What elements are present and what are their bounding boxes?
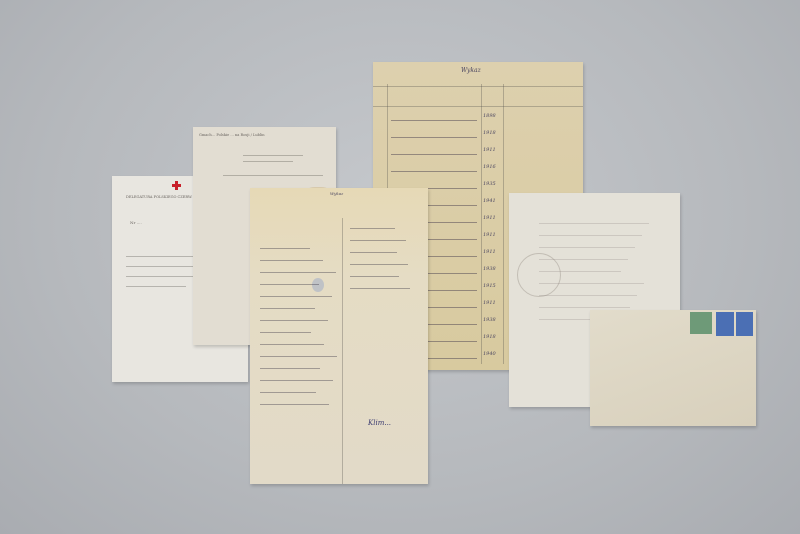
ledger-year: 1941 [483, 199, 496, 204]
ledger-year: 1911 [483, 148, 496, 153]
envelope [590, 310, 756, 426]
list-title: Wykaz [330, 192, 343, 196]
ledger-year: 1918 [483, 335, 496, 340]
ledger-year: 1940 [483, 352, 496, 357]
ledger-year: 1915 [483, 284, 496, 289]
ledger-year: 1911 [483, 216, 496, 221]
ledger-year: 1938 [483, 267, 496, 272]
ledger-year: 1938 [483, 318, 496, 323]
handwritten-list: Wykaz Klim... [250, 188, 428, 484]
red-cross-icon [172, 181, 181, 190]
ledger-year: 1911 [483, 301, 496, 306]
ledger-year: 1918 [483, 131, 496, 136]
ledger-year: 1935 [483, 182, 496, 187]
stamp-blue-2 [736, 312, 753, 336]
ledger-year: 1911 [483, 250, 496, 255]
stamp-blue-1 [716, 312, 734, 336]
signature: Klim... [368, 420, 391, 427]
typed-note-header: Gmach... Polskie ... na Rosji / Lublin [199, 134, 265, 138]
ledger-title: Wykaz [461, 68, 481, 74]
ledger-year: 1898 [483, 114, 496, 119]
ledger-year: 1916 [483, 165, 496, 170]
letter-ref: Nr .... [130, 221, 142, 225]
ledger-year: 1911 [483, 233, 496, 238]
stamp-green [690, 312, 712, 334]
